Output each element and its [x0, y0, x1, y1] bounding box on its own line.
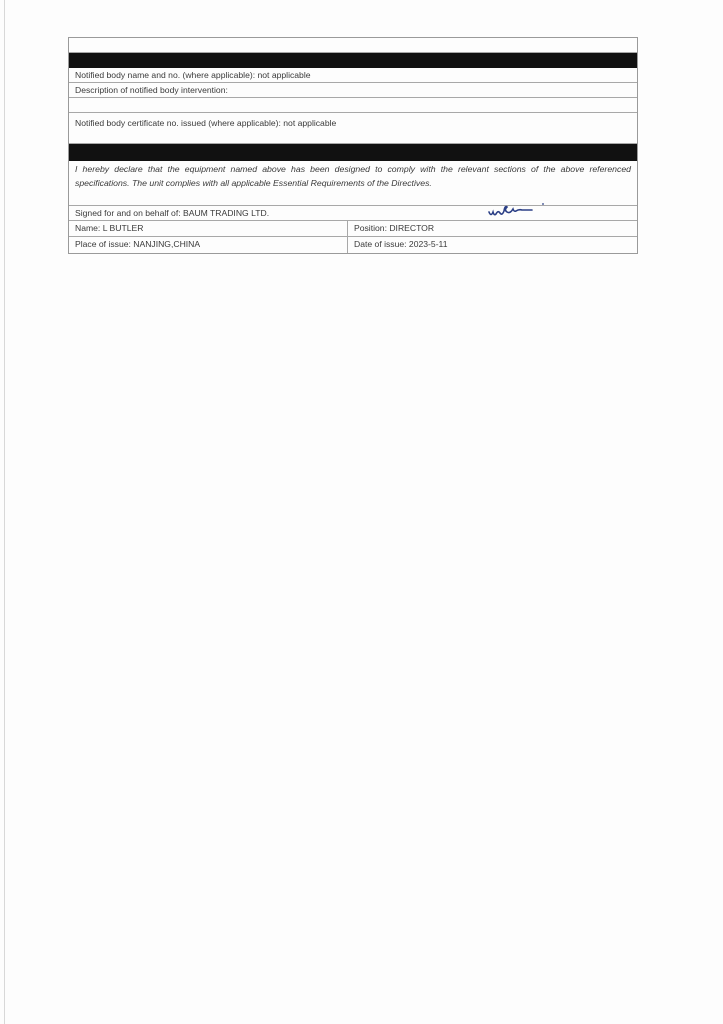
blank-row	[69, 98, 637, 113]
notified-body-description-row: Description of notified body interventio…	[69, 83, 637, 98]
signed-for-row: Signed for and on behalf of: BAUM TRADIN…	[69, 206, 637, 221]
place-of-issue-cell: Place of issue: NANJING,CHINA	[69, 237, 348, 253]
signature-icon	[487, 200, 547, 218]
notified-body-description: Description of notified body interventio…	[75, 85, 228, 95]
declaration-header-bar	[69, 144, 637, 161]
date-of-issue-cell: Date of issue: 2023-5-11	[348, 237, 637, 253]
section-header-bar	[69, 53, 637, 68]
position-cell: Position: DIRECTOR	[348, 221, 637, 236]
declaration-text: I hereby declare that the equipment name…	[75, 164, 631, 188]
declaration-row: I hereby declare that the equipment name…	[69, 161, 637, 206]
name-position-row: Name: L BUTLER Position: DIRECTOR	[69, 221, 637, 237]
page-edge	[4, 0, 5, 1024]
notified-body-name-row: Notified body name and no. (where applic…	[69, 68, 637, 83]
notified-body-certificate-row: Notified body certificate no. issued (wh…	[69, 113, 637, 144]
blank-row	[69, 38, 637, 53]
notified-body-certificate: Notified body certificate no. issued (wh…	[75, 118, 336, 128]
name-cell: Name: L BUTLER	[69, 221, 348, 236]
place-date-row: Place of issue: NANJING,CHINA Date of is…	[69, 237, 637, 253]
declaration-table: Notified body name and no. (where applic…	[68, 37, 638, 254]
notified-body-name: Notified body name and no. (where applic…	[75, 70, 311, 80]
signed-for: Signed for and on behalf of: BAUM TRADIN…	[75, 208, 269, 218]
